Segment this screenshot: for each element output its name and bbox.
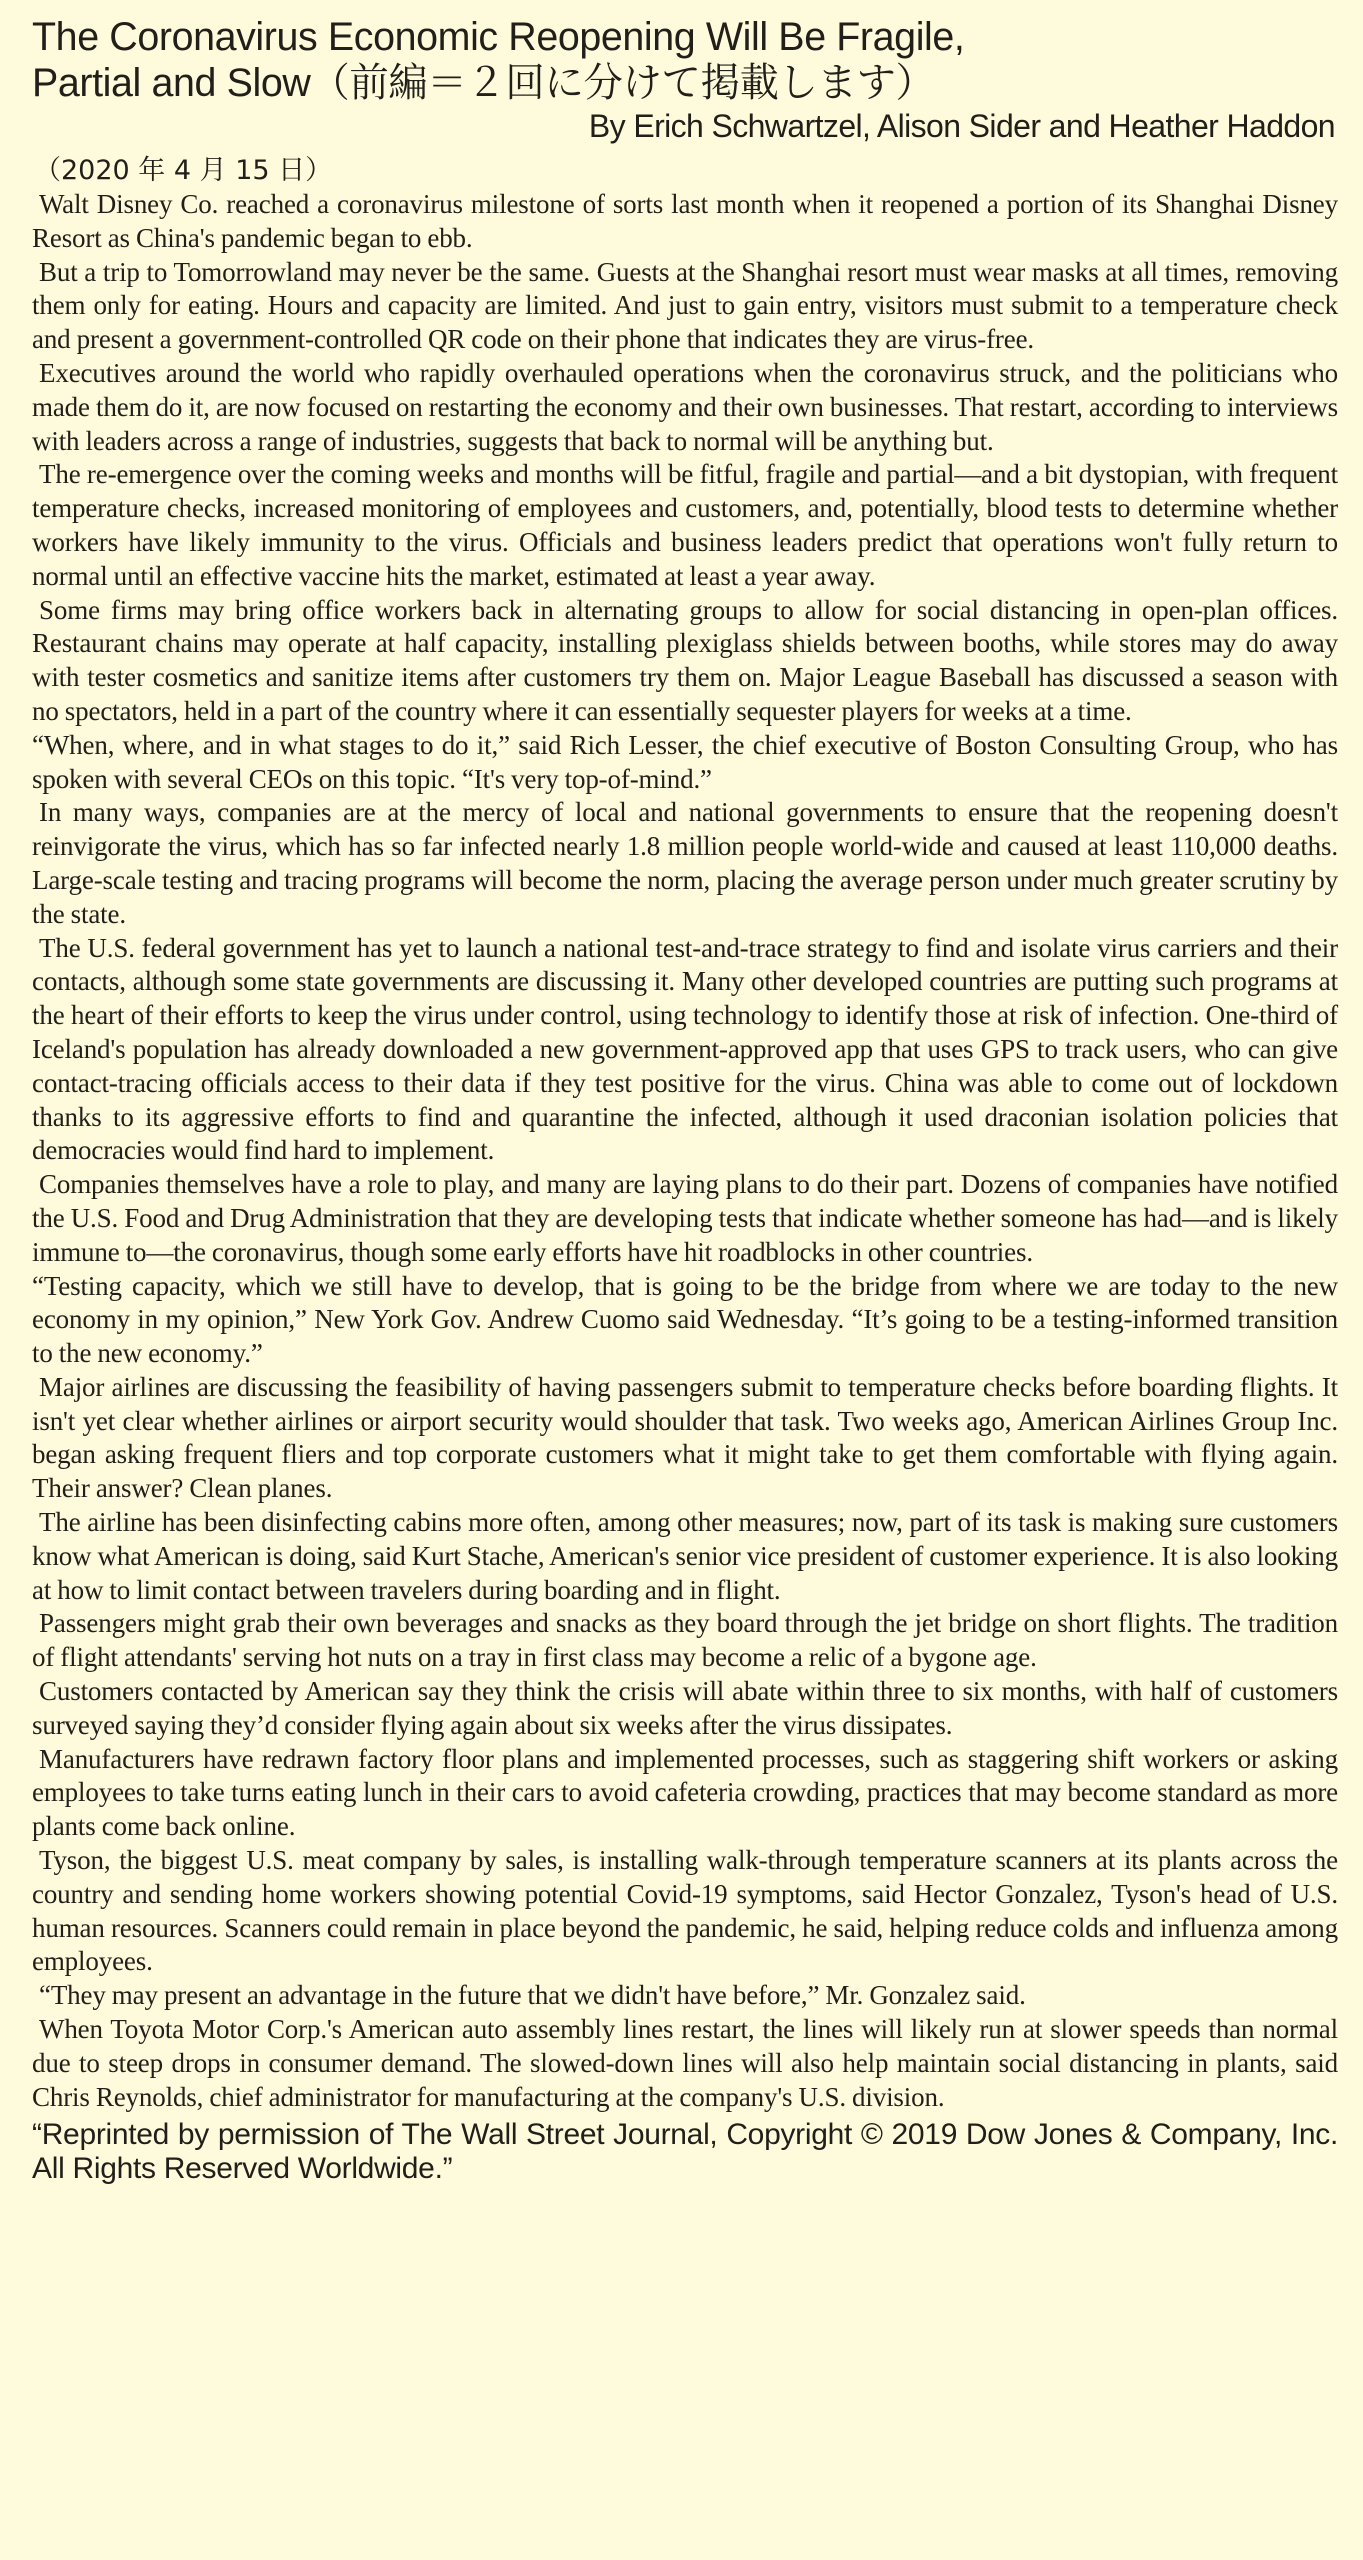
title-line-1: The Coronavirus Economic Reopening Will … — [32, 14, 1319, 60]
title-line-2: Partial and Slow（前編＝２回に分けて掲載します） — [32, 60, 1319, 106]
paragraph: Executives around the world who rapidly … — [32, 357, 1338, 458]
paragraph: Major airlines are discussing the feasib… — [32, 1371, 1338, 1506]
paragraph: The U.S. federal government has yet to l… — [32, 932, 1338, 1169]
paragraph: Manufacturers have redrawn factory floor… — [32, 1743, 1338, 1844]
article-body: Walt Disney Co. reached a coronavirus mi… — [32, 188, 1338, 2114]
reprint-permission-notice: “Reprinted by permission of The Wall Str… — [32, 2118, 1338, 2186]
paragraph: Walt Disney Co. reached a coronavirus mi… — [32, 188, 1338, 256]
paragraph: When Toyota Motor Corp.'s American auto … — [32, 2013, 1338, 2114]
paragraph: “They may present an advantage in the fu… — [32, 1979, 1338, 2013]
paragraph: The airline has been disinfecting cabins… — [32, 1506, 1338, 1607]
paragraph: Companies themselves have a role to play… — [32, 1168, 1338, 1269]
article-page: The Coronavirus Economic Reopening Will … — [0, 0, 1363, 2560]
paragraph: But a trip to Tomorrowland may never be … — [32, 256, 1338, 357]
article-title: The Coronavirus Economic Reopening Will … — [32, 14, 1319, 106]
publication-date: （2020 年 4 月 15 日） — [34, 154, 1339, 188]
paragraph-quote: “When, where, and in what stages to do i… — [32, 729, 1338, 797]
paragraph: Some firms may bring office workers back… — [32, 594, 1338, 729]
paragraph: Passengers might grab their own beverage… — [32, 1607, 1338, 1675]
paragraph: In many ways, companies are at the mercy… — [32, 796, 1338, 931]
paragraph: Customers contacted by American say they… — [32, 1675, 1338, 1743]
paragraph: Tyson, the biggest U.S. meat company by … — [32, 1844, 1338, 1979]
paragraph: The re-emergence over the coming weeks a… — [32, 458, 1338, 593]
byline: By Erich Schwartzel, Alison Sider and He… — [32, 106, 1339, 146]
paragraph-quote: “Testing capacity, which we still have t… — [32, 1270, 1338, 1371]
